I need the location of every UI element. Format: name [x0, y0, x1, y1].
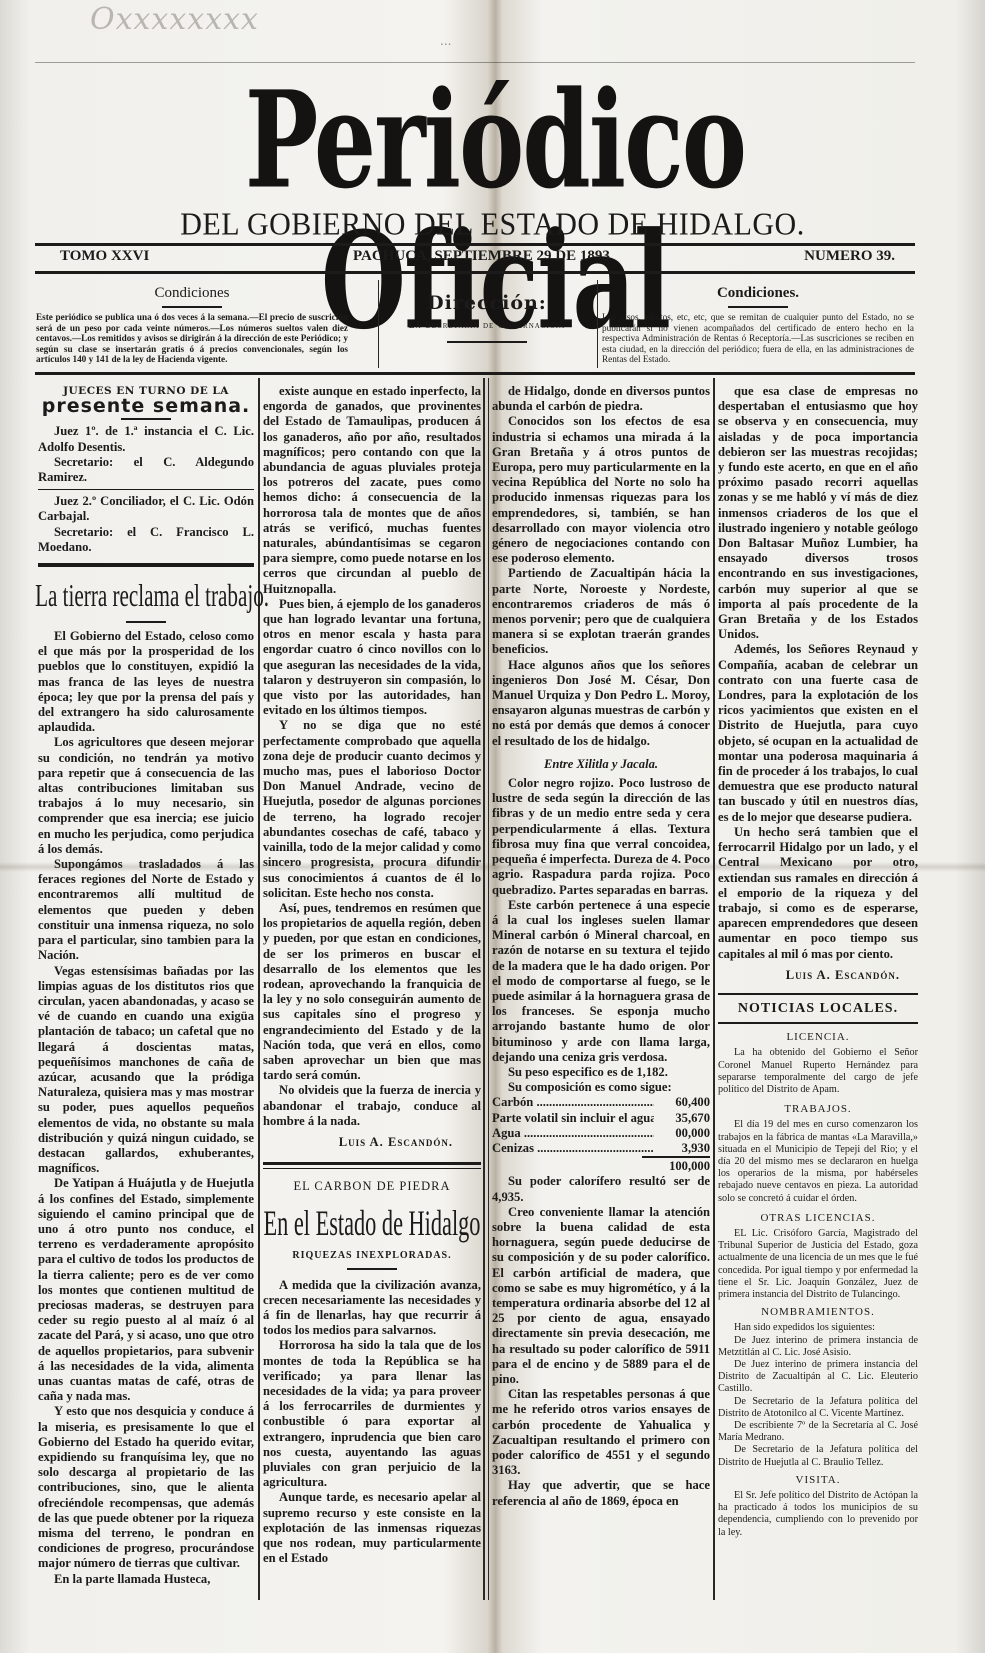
paragraph: De Secretario de la Jefatura política de…: [718, 1396, 918, 1420]
issue-info-line: TOMO XXVI PACHUCA, SEPTIEMBRE 29 DE 1893…: [35, 246, 915, 268]
paragraph: De escribiente 7º de la Secretaría al C.…: [718, 1420, 918, 1444]
paragraph: Ademés, los Señores Reynaud y Compañía, …: [718, 642, 918, 824]
paragraph: Color negro rojizo. Poco lustroso de lus…: [492, 776, 710, 898]
signature-2: Luis A. Escandón.: [718, 968, 918, 983]
judge-1: Juez 1º. de 1.ª instancia el C. Lic. Ado…: [38, 424, 254, 454]
paragraph: Supongámos trasladados á las feraces reg…: [38, 857, 254, 963]
column-divider-3: [713, 378, 715, 1600]
local-news-heading: NOTICIAS LOCALES.: [718, 1001, 918, 1016]
composition-row: Parte volatil sin incluir el agua35,670: [492, 1111, 710, 1126]
column-3: de Hidalgo, donde en diversos puntos abu…: [492, 384, 710, 1509]
secretary-1: Secretario: el C. Aldegundo Ramirez.: [38, 455, 254, 485]
issue-number: NUMERO 39.: [804, 248, 895, 265]
direction-rule: [447, 341, 527, 343]
local-news-list: LICENCIA.La ha obtenido del Gobierno el …: [718, 1030, 918, 1301]
column-divider-1: [258, 378, 260, 1600]
conditions-left-title: Condiciones: [36, 285, 348, 302]
coal-article-end: que esa clase de empresas no despertaban…: [718, 384, 918, 962]
paragraph: Y esto que nos desquicia y conduce á la …: [38, 1404, 254, 1571]
paragraph: El Gobierno del Estado, celoso como el q…: [38, 629, 254, 735]
local-news-rule-top: [718, 993, 918, 995]
direction-subtitle: La Secretaría de Gobernación.: [382, 320, 592, 331]
sample-description: Color negro rojizo. Poco lustroso de lus…: [492, 776, 710, 1095]
appointments-heading: NOMBRAMIENTOS.: [718, 1305, 918, 1320]
conditions-left-rule: [162, 306, 222, 308]
composition-value: 60,400: [654, 1095, 710, 1110]
judge-2: Juez 2.º Conciliador, el C. Lic. Odón Ca…: [38, 494, 254, 524]
visit-heading: VISITA.: [718, 1473, 918, 1488]
coal-article-title: En el Estado de Hidalgo: [255, 1200, 489, 1246]
paragraph: Creo conveniente llamar la atención sobr…: [492, 1205, 710, 1387]
paragraph: De Secretario de la Jefatura política de…: [718, 1444, 918, 1468]
composition-label: Parte volatil sin incluir el agua: [492, 1111, 654, 1126]
column-divider-2: [483, 378, 485, 1600]
paragraph: Hace algunos años que los señores ingeni…: [492, 658, 710, 749]
paragraph: Partiendo de Zacualtipán hácia la parte …: [492, 566, 710, 657]
conditions-box-right: Condiciones. Los visos, edictos, etc, et…: [602, 285, 914, 365]
local-news-rule-bottom: [718, 1022, 918, 1024]
composition-label: Agua: [492, 1126, 654, 1141]
top-note: ...: [440, 34, 451, 48]
margin-scribble: Oxxxxxxxx: [90, 2, 259, 37]
conditions-right-text: Los visos, edictos, etc, etc, que se rem…: [602, 312, 914, 365]
column-4: que esa clase de empresas no despertaban…: [718, 384, 918, 1539]
conditions-box-left: Condiciones Este periódico se publica un…: [36, 285, 348, 365]
paragraph: Pues bien, á ejemplo de los ganaderos qu…: [263, 597, 481, 719]
volume-label: TOMO XXVI: [60, 248, 149, 265]
paragraph: Hay que advertir, que se hace referencia…: [492, 1478, 710, 1508]
column-2: existe aunque en estado inperfecto, la e…: [263, 384, 481, 1566]
composition-value: 00,000: [654, 1126, 710, 1141]
sample-section-heading: Entre Xilitla y Jacala.: [492, 757, 710, 772]
signature-divider-thin: [263, 1168, 481, 1169]
paragraph: Citan las respetables personas á que me …: [492, 1387, 710, 1478]
judges-heading-large: presente semana.: [38, 399, 254, 414]
paragraph: de Hidalgo, donde en diversos puntos abu…: [492, 384, 710, 414]
secretary-2: Secretario: el C. Francisco L. Moedano.: [38, 525, 254, 555]
paragraph: En la parte llamada Husteca,: [38, 1572, 254, 1587]
article-body-2: existe aunque en estado inperfecto, la e…: [263, 384, 481, 1129]
direction-title: Dirección:: [382, 292, 592, 314]
paragraph: existe aunque en estado inperfecto, la e…: [263, 384, 481, 597]
signature-1: Luis A. Escandón.: [263, 1135, 481, 1150]
paragraph: Vegas estensísimas bañadas por las limpi…: [38, 964, 254, 1177]
paragraph: Su composición es como sigue:: [492, 1080, 710, 1095]
article-title-rule: [126, 621, 166, 623]
news-item-text: El día 19 del mes en curso comenzaron lo…: [718, 1119, 918, 1204]
paragraph: De Juez interino de primera instancia de…: [718, 1335, 918, 1359]
news-item-text: EL Lic. Crisóforo García, Magistrado del…: [718, 1228, 918, 1301]
masthead-subtitle: DEL GOBIERNO DEL ESTADO DE HIDALGO.: [0, 207, 985, 243]
article-divider: [38, 563, 254, 567]
direction-box: Dirección: La Secretaría de Gobernación.: [382, 292, 592, 347]
composition-row: Cenizas3,930: [492, 1141, 710, 1156]
composition-label: Cenizas: [492, 1141, 654, 1156]
coal-article-continued: de Hidalgo, donde en diversos puntos abu…: [492, 384, 710, 749]
composition-table: Carbón60,400Parte volatil sin incluir el…: [492, 1095, 710, 1156]
paragraph: Un hecho será tambien que el ferrocarril…: [718, 825, 918, 962]
paragraph: Los agricultores que deseen mejorar su c…: [38, 735, 254, 857]
visit-text: El Sr. Jefe político del Distrito de Act…: [718, 1490, 918, 1539]
news-item-title: LICENCIA.: [718, 1030, 918, 1045]
article-body-1: El Gobierno del Estado, celoso como el q…: [38, 629, 254, 1587]
news-item-title: TRABAJOS.: [718, 1102, 918, 1117]
judges-divider: [38, 489, 254, 490]
composition-row: Agua00,000: [492, 1126, 710, 1141]
composition-total: 100,000: [642, 1156, 710, 1174]
box-divider-2: [597, 280, 598, 368]
composition-value: 35,670: [654, 1111, 710, 1126]
dateline: PACHUCA, SEPTIEMBRE 29 DE 1893: [353, 248, 610, 265]
news-item-title: OTRAS LICENCIAS.: [718, 1211, 918, 1226]
coal-article-body: A medida que la civilización avanza, cre…: [263, 1278, 481, 1567]
appointments-list: Han sido expedidos los siguientes:De Jue…: [718, 1322, 918, 1468]
article-title: La tierra reclama el trabajo.: [35, 573, 257, 617]
paragraph: Horrorosa ha sido la tala que de los mon…: [263, 1338, 481, 1490]
paragraph: De Yatipan á Huájutla y de Huejutla á lo…: [38, 1176, 254, 1404]
news-item-text: La ha obtenido del Gobierno el Señor Cor…: [718, 1047, 918, 1096]
judges-rule: [121, 418, 171, 420]
header-rule-bottom: [35, 271, 915, 274]
paragraph: A medida que la civilización avanza, cre…: [263, 1278, 481, 1339]
paragraph: Su poder calorífero resultó ser de 4,935…: [492, 1174, 710, 1204]
newspaper-page: Oxxxxxxxx ... Periódico Oficial DEL GOBI…: [0, 0, 985, 1653]
paragraph: De Juez interino de primera instancia de…: [718, 1359, 918, 1396]
paragraph: Y no se diga que no esté perfectamente c…: [263, 718, 481, 900]
paragraph: Este carbón pertenece á una especie á la…: [492, 898, 710, 1065]
box-divider-1: [378, 280, 379, 368]
paragraph: Su peso especifico es de 1,182.: [492, 1065, 710, 1080]
coal-title-rule: [347, 1268, 397, 1270]
paragraph: No olvideis que la fuerza de inercia y a…: [263, 1083, 481, 1129]
column-divider-2b: [488, 378, 489, 1600]
conditions-left-text: Este periódico se publica una ó dos vece…: [36, 312, 348, 365]
coal-article-subtitle: RIQUEZAS INEXPLORADAS.: [263, 1248, 481, 1263]
conditions-right-rule: [728, 306, 788, 308]
signature-divider: [263, 1162, 481, 1165]
composition-value: 3,930: [654, 1141, 710, 1156]
boxes-rule-bottom: [35, 372, 915, 375]
composition-row: Carbón60,400: [492, 1095, 710, 1110]
coal-kicker: EL CARBON DE PIEDRA: [263, 1179, 481, 1194]
paragraph: Aunque tarde, es necesario apelar al sup…: [263, 1490, 481, 1566]
column-1: JUECES EN TURNO DE LA presente semana. J…: [38, 384, 254, 1587]
composition-label: Carbón: [492, 1095, 654, 1110]
paragraph: que esa clase de empresas no despertaban…: [718, 384, 918, 642]
paragraph: Conocidos son los efectos de esa industr…: [492, 414, 710, 566]
calorific-text: Su poder calorífero resultó ser de 4,935…: [492, 1174, 710, 1508]
page-fold-crease: [0, 862, 985, 872]
paragraph: Han sido expedidos los siguientes:: [718, 1322, 918, 1334]
conditions-right-title: Condiciones.: [602, 285, 914, 302]
paragraph: Así, pues, tendremos en resúmen que los …: [263, 901, 481, 1083]
